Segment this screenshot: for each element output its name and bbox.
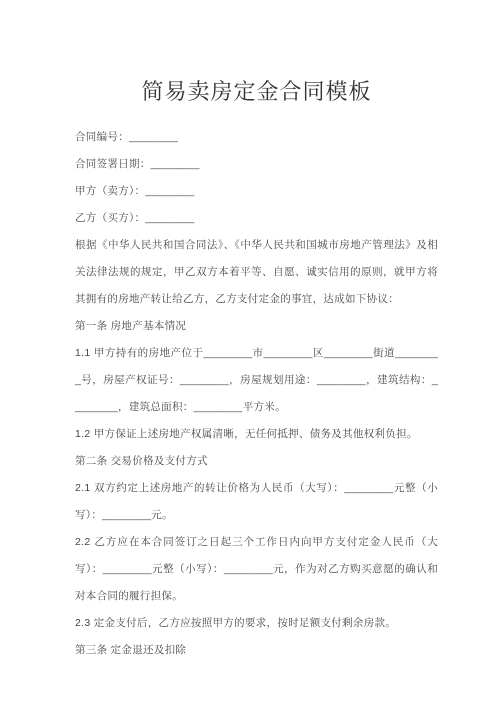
field-party-b-buyer: 乙方（买方）：________	[75, 205, 438, 232]
contract-meta: 合同编号：________ 合同签署日期：________ 甲方（卖方）：___…	[75, 124, 438, 232]
section-heading-article-1: 第一条 房地产基本情况	[75, 313, 438, 340]
contract-page: 简易卖房定金合同模板 合同编号：________ 合同签署日期：________…	[0, 0, 500, 707]
section-heading-article-2: 第二条 交易价格及支付方式	[75, 448, 438, 475]
clause-2-3: 2.3 定金支付后，乙方应按照甲方的要求，按时足额支付剩余房款。	[75, 610, 438, 637]
field-contract-number: 合同编号：________	[75, 124, 438, 151]
section-heading-article-3: 第三条 定金退还及扣除	[75, 637, 438, 664]
document-title: 简易卖房定金合同模板	[75, 76, 438, 108]
clause-2-1: 2.1 双方约定上述房地产的转让价格为人民币（大写）：________元整（小写…	[75, 475, 438, 529]
clause-1-2: 1.2 甲方保证上述房地产权属清晰，无任何抵押、债务及其他权利负担。	[75, 421, 438, 448]
clause-2-2: 2.2 乙方应在本合同签订之日起三个工作日内向甲方支付定金人民币（大写）：___…	[75, 529, 438, 610]
preamble-paragraph: 根据《中华人民共和国合同法》、《中华人民共和国城市房地产管理法》及相关法律法规的…	[75, 232, 438, 313]
field-signing-date: 合同签署日期：________	[75, 151, 438, 178]
field-party-a-seller: 甲方（卖方）：________	[75, 178, 438, 205]
clause-1-1: 1.1 甲方持有的房地产位于________市________区________…	[75, 340, 438, 421]
contract-body: 根据《中华人民共和国合同法》、《中华人民共和国城市房地产管理法》及相关法律法规的…	[75, 232, 438, 664]
